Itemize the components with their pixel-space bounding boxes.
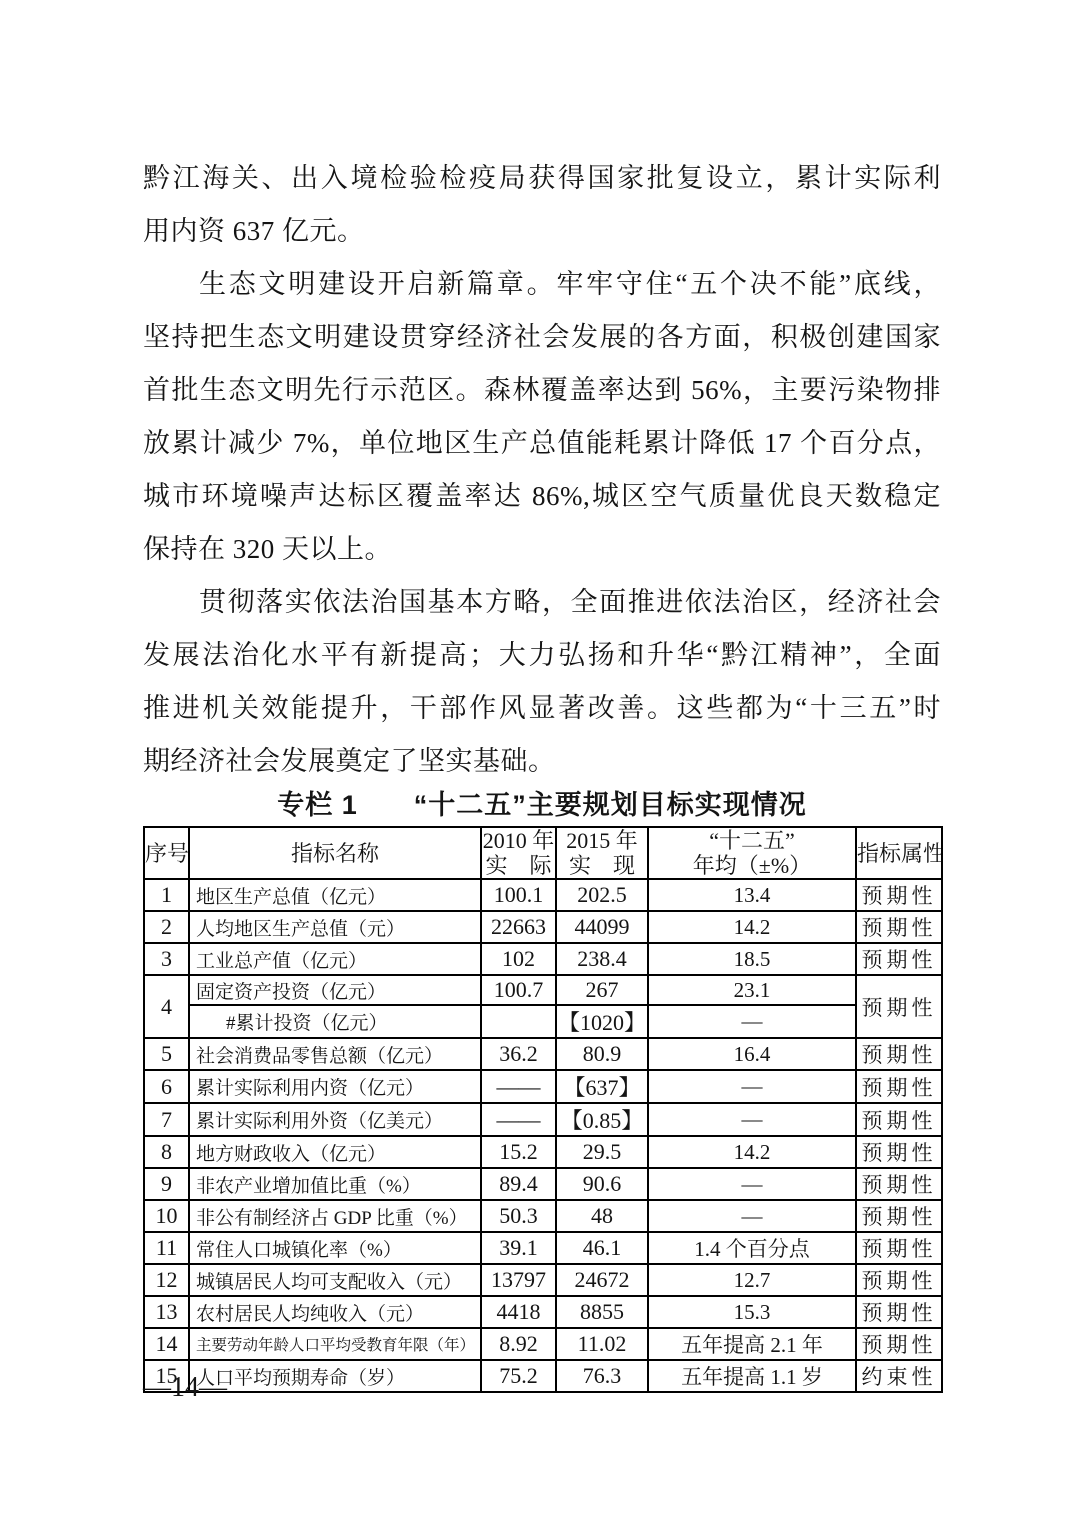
cell-2010-actual: 15.2 — [481, 1136, 556, 1168]
cell-attribute: 预期性 — [856, 1038, 942, 1070]
document-page: 黔江海关、出入境检验检疫局获得国家批复设立，累计实际利用内资 637 亿元。生态… — [0, 0, 1074, 1520]
cell-attribute: 预期性 — [856, 879, 942, 911]
cell-serial: 8 — [144, 1136, 189, 1168]
cell-annual-average: 1.4 个百分点 — [648, 1232, 856, 1264]
cell-indicator-name: 累计实际利用外资（亿美元） — [189, 1103, 481, 1136]
cell-annual-average: — — [648, 1200, 856, 1232]
paragraph-line: 放累计减少 7%，单位地区生产总值能耗累计降低 17 个百分点， — [143, 417, 941, 470]
plan-targets-table: 序号 指标名称 2010 年 实 际 2015 年 实 现 “十二五” — [143, 826, 943, 1393]
cell-serial: 12 — [144, 1264, 189, 1296]
table-row: 15人口平均预期寿命（岁）75.276.3五年提高 1.1 岁约束性 — [144, 1360, 942, 1392]
cell-indicator-name: 地方财政收入（亿元） — [189, 1136, 481, 1168]
paragraph-line: 黔江海关、出入境检验检疫局获得国家批复设立，累计实际利 — [143, 152, 941, 205]
cell-attribute: 预期性 — [856, 1200, 942, 1232]
table-caption: 专栏 1 “十二五”主要规划目标实现情况 — [143, 790, 941, 822]
cell-2010-actual: 39.1 — [481, 1232, 556, 1264]
table-row: 9非农产业增加值比重（%）89.490.6—预期性 — [144, 1168, 942, 1200]
paragraph-line: 推进机关效能提升，干部作风显著改善。这些都为“十三五”时 — [143, 682, 941, 735]
cell-indicator-name: 地区生产总值（亿元） — [189, 879, 481, 911]
cell-2015-achieved: 24672 — [556, 1264, 648, 1296]
cell-2010-actual: —— — [481, 1103, 556, 1136]
cell-2010-actual: 100.1 — [481, 879, 556, 911]
cell-annual-average: 14.2 — [648, 1136, 856, 1168]
cell-2010-actual: 75.2 — [481, 1360, 556, 1392]
cell-serial: 13 — [144, 1296, 189, 1328]
cell-2015-achieved: 202.5 — [556, 879, 648, 911]
cell-annual-average: 12.7 — [648, 1264, 856, 1296]
cell-indicator-name: 累计实际利用内资（亿元） — [189, 1070, 481, 1103]
cell-annual-average: — — [648, 1005, 856, 1038]
table-row: 6累计实际利用内资（亿元）——【637】—预期性 — [144, 1070, 942, 1103]
paragraph-line: 期经济社会发展奠定了坚实基础。 — [143, 735, 941, 788]
cell-annual-average: 五年提高 2.1 年 — [648, 1328, 856, 1360]
cell-serial: 9 — [144, 1168, 189, 1200]
cell-serial: 14 — [144, 1328, 189, 1360]
paragraph-line: 贯彻落实依法治国基本方略，全面推进依法治区，经济社会 — [143, 576, 941, 629]
cell-2015-achieved: 80.9 — [556, 1038, 648, 1070]
cell-annual-average: 18.5 — [648, 943, 856, 975]
header-indicator-name: 指标名称 — [189, 827, 481, 879]
cell-2015-achieved: 238.4 — [556, 943, 648, 975]
cell-serial: 2 — [144, 911, 189, 943]
header-2010-actual: 2010 年 实 际 — [481, 827, 556, 879]
header-serial: 序号 — [144, 827, 189, 879]
paragraph-line: 城市环境噪声达标区覆盖率达 86%,城区空气质量优良天数稳定 — [143, 470, 941, 523]
cell-attribute: 预期性 — [856, 1168, 942, 1200]
header-2015-achieved: 2015 年 实 现 — [556, 827, 648, 879]
cell-2015-achieved: 【1020】 — [556, 1005, 648, 1038]
cell-2010-actual: 102 — [481, 943, 556, 975]
cell-serial: 5 — [144, 1038, 189, 1070]
table-row: 7累计实际利用外资（亿美元）——【0.85】—预期性 — [144, 1103, 942, 1136]
paragraph-line: 首批生态文明先行示范区。森林覆盖率达到 56%，主要污染物排 — [143, 364, 941, 417]
cell-indicator-name: 非公有制经济占 GDP 比重（%） — [189, 1200, 481, 1232]
cell-2010-actual: 8.92 — [481, 1328, 556, 1360]
table-row: 4固定资产投资（亿元）100.726723.1预期性 — [144, 975, 942, 1005]
cell-2015-achieved: 76.3 — [556, 1360, 648, 1392]
cell-attribute: 预期性 — [856, 1070, 942, 1103]
cell-attribute: 预期性 — [856, 943, 942, 975]
cell-2015-achieved: 8855 — [556, 1296, 648, 1328]
body-paragraphs: 黔江海关、出入境检验检疫局获得国家批复设立，累计实际利用内资 637 亿元。生态… — [143, 152, 941, 788]
cell-serial: 4 — [144, 975, 189, 1038]
table-row: 10非公有制经济占 GDP 比重（%）50.348—预期性 — [144, 1200, 942, 1232]
table-row: 11常住人口城镇化率（%）39.146.11.4 个百分点预期性 — [144, 1232, 942, 1264]
page-number: —14— — [143, 1372, 227, 1404]
page-content: 黔江海关、出入境检验检疫局获得国家批复设立，累计实际利用内资 637 亿元。生态… — [143, 152, 941, 1393]
table-header: 序号 指标名称 2010 年 实 际 2015 年 实 现 “十二五” — [144, 827, 942, 879]
cell-indicator-name: 非农产业增加值比重（%） — [189, 1168, 481, 1200]
cell-attribute: 预期性 — [856, 975, 942, 1038]
table-row: 14主要劳动年龄人口平均受教育年限（年）8.9211.02五年提高 2.1 年预… — [144, 1328, 942, 1360]
cell-attribute: 预期性 — [856, 1296, 942, 1328]
cell-annual-average: 23.1 — [648, 975, 856, 1005]
cell-annual-average: 15.3 — [648, 1296, 856, 1328]
paragraph-line: 保持在 320 天以上。 — [143, 523, 941, 576]
cell-indicator-name: 人均地区生产总值（元） — [189, 911, 481, 943]
cell-indicator-name: 社会消费品零售总额（亿元） — [189, 1038, 481, 1070]
cell-annual-average: — — [648, 1070, 856, 1103]
table-row: 8地方财政收入（亿元）15.229.514.2预期性 — [144, 1136, 942, 1168]
table-subrow: #累计投资（亿元）【1020】— — [144, 1005, 942, 1038]
cell-attribute: 预期性 — [856, 1103, 942, 1136]
cell-2010-actual: 100.7 — [481, 975, 556, 1005]
table-row: 2人均地区生产总值（元）226634409914.2预期性 — [144, 911, 942, 943]
cell-indicator-name: 固定资产投资（亿元） — [189, 975, 481, 1005]
plan-table-body: 1地区生产总值（亿元）100.1202.513.4预期性2人均地区生产总值（元）… — [144, 879, 942, 1392]
cell-2010-actual: 22663 — [481, 911, 556, 943]
paragraph-line: 坚持把生态文明建设贯穿经济社会发展的各方面，积极创建国家 — [143, 311, 941, 364]
cell-serial: 1 — [144, 879, 189, 911]
cell-indicator-name: 工业总产值（亿元） — [189, 943, 481, 975]
cell-2015-achieved: 29.5 — [556, 1136, 648, 1168]
cell-indicator-subname: #累计投资（亿元） — [189, 1005, 481, 1038]
cell-attribute: 预期性 — [856, 1328, 942, 1360]
cell-2015-achieved: 267 — [556, 975, 648, 1005]
cell-indicator-name: 人口平均预期寿命（岁） — [189, 1360, 481, 1392]
table-row: 13农村居民人均纯收入（元）4418885515.3预期性 — [144, 1296, 942, 1328]
header-attribute: 指标属性 — [856, 827, 942, 879]
cell-2015-achieved: 44099 — [556, 911, 648, 943]
cell-annual-average: 16.4 — [648, 1038, 856, 1070]
cell-serial: 6 — [144, 1070, 189, 1103]
table-row: 12城镇居民人均可支配收入（元）137972467212.7预期性 — [144, 1264, 942, 1296]
cell-2010-actual: 13797 — [481, 1264, 556, 1296]
cell-2015-achieved: 【637】 — [556, 1070, 648, 1103]
cell-serial: 11 — [144, 1232, 189, 1264]
cell-attribute: 约束性 — [856, 1360, 942, 1392]
cell-annual-average: — — [648, 1168, 856, 1200]
cell-serial: 7 — [144, 1103, 189, 1136]
cell-2015-achieved: 48 — [556, 1200, 648, 1232]
cell-2010-actual — [481, 1005, 556, 1038]
paragraph-line: 用内资 637 亿元。 — [143, 205, 941, 258]
table-row: 1地区生产总值（亿元）100.1202.513.4预期性 — [144, 879, 942, 911]
cell-annual-average: 14.2 — [648, 911, 856, 943]
cell-indicator-name: 主要劳动年龄人口平均受教育年限（年） — [189, 1328, 481, 1360]
cell-indicator-name: 城镇居民人均可支配收入（元） — [189, 1264, 481, 1296]
paragraph-line: 生态文明建设开启新篇章。牢牢守住“五个决不能”底线， — [143, 258, 941, 311]
paragraph-line: 发展法治化水平有新提高；大力弘扬和升华“黔江精神”，全面 — [143, 629, 941, 682]
cell-serial: 10 — [144, 1200, 189, 1232]
header-annual-average: “十二五” 年均（±%） — [648, 827, 856, 879]
table-row: 5社会消费品零售总额（亿元）36.280.916.4预期性 — [144, 1038, 942, 1070]
cell-annual-average: — — [648, 1103, 856, 1136]
cell-attribute: 预期性 — [856, 911, 942, 943]
cell-2010-actual: 36.2 — [481, 1038, 556, 1070]
table-header-row: 序号 指标名称 2010 年 实 际 2015 年 实 现 “十二五” — [144, 827, 942, 879]
cell-annual-average: 五年提高 1.1 岁 — [648, 1360, 856, 1392]
cell-attribute: 预期性 — [856, 1264, 942, 1296]
cell-2010-actual: 4418 — [481, 1296, 556, 1328]
cell-2010-actual: —— — [481, 1070, 556, 1103]
cell-2010-actual: 89.4 — [481, 1168, 556, 1200]
cell-attribute: 预期性 — [856, 1136, 942, 1168]
cell-2015-achieved: 46.1 — [556, 1232, 648, 1264]
cell-2015-achieved: 11.02 — [556, 1328, 648, 1360]
cell-serial: 3 — [144, 943, 189, 975]
cell-2015-achieved: 【0.85】 — [556, 1103, 648, 1136]
cell-annual-average: 13.4 — [648, 879, 856, 911]
cell-attribute: 预期性 — [856, 1232, 942, 1264]
cell-indicator-name: 常住人口城镇化率（%） — [189, 1232, 481, 1264]
table-row: 3工业总产值（亿元）102238.418.5预期性 — [144, 943, 942, 975]
cell-2010-actual: 50.3 — [481, 1200, 556, 1232]
cell-indicator-name: 农村居民人均纯收入（元） — [189, 1296, 481, 1328]
cell-2015-achieved: 90.6 — [556, 1168, 648, 1200]
